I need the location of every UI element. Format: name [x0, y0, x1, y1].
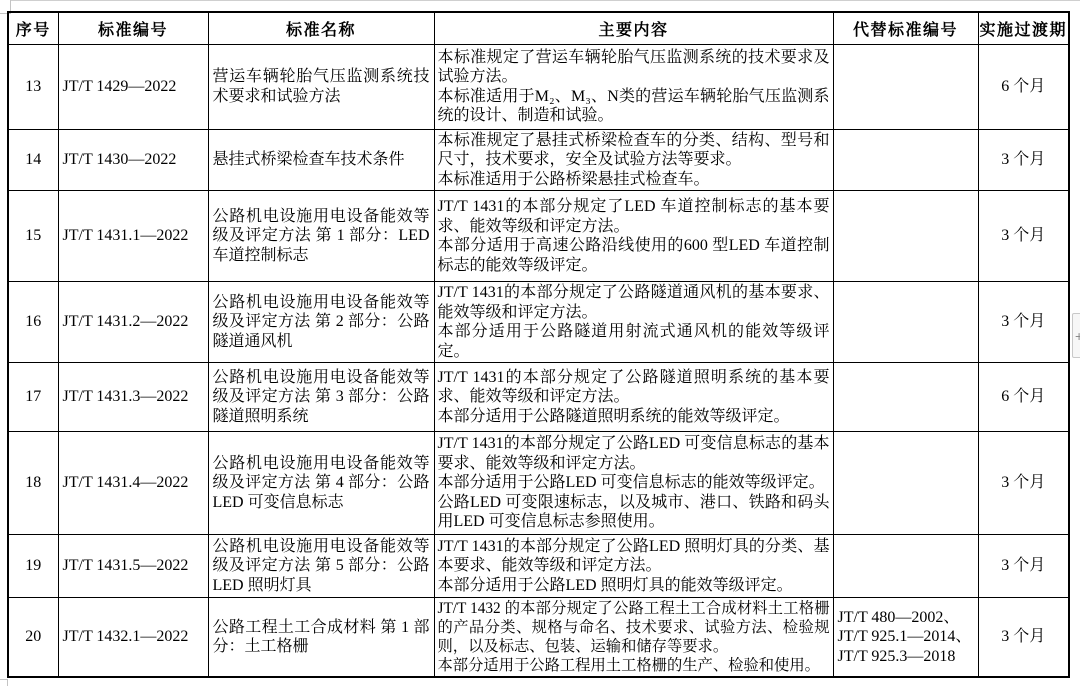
column-header-3: 主要内容 — [434, 12, 833, 44]
content-paragraph: 本标准规定了悬挂式桥梁检查车的分类、结构、型号和尺寸，技术要求，安全及试验方法等… — [438, 131, 830, 170]
cell-transition-period: 6 个月 — [978, 44, 1069, 129]
cell-main-content: JT/T 1431的本部分规定了LED 车道控制标志的基本要求、能效等级和评定方… — [434, 191, 833, 282]
content-paragraph: 本标准适用于公路桥梁悬挂式检查车。 — [438, 170, 830, 190]
cell-replaced-codes — [833, 191, 978, 282]
cell-replaced-codes — [833, 363, 978, 432]
table-row: 13JT/T 1429—2022营运车辆轮胎气压监测系统技术要求和试验方法本标准… — [8, 44, 1069, 129]
cell-replaced-codes — [833, 44, 978, 129]
content-paragraph: 公路LED 可变限速标志，以及城市、港口、铁路和码头用LED 可变信息标志参照使… — [438, 493, 830, 532]
cell-serial-number: 17 — [8, 363, 58, 432]
content-paragraph: JT/T 1431的本部分规定了公路LED 照明灯具的分类、基本要求、能效等级和… — [438, 537, 830, 576]
cell-replaced-codes — [833, 535, 978, 598]
cell-standard-name: 公路机电设施用电设备能效等级及评定方法 第 2 部分：公路隧道通风机 — [208, 282, 434, 363]
cell-serial-number: 15 — [8, 191, 58, 282]
cell-standard-code: JT/T 1429—2022 — [58, 44, 208, 129]
cell-main-content: JT/T 1431的本部分规定了公路LED 照明灯具的分类、基本要求、能效等级和… — [434, 535, 833, 598]
header-row: 序号标准编号标准名称主要内容代替标准编号实施过渡期 — [8, 12, 1069, 44]
cell-standard-code: JT/T 1431.3—2022 — [58, 363, 208, 432]
content-paragraph: JT/T 1432 的本部分规定了公路工程土工合成材料土工格栅的产品分类、规格与… — [438, 599, 830, 656]
cell-standard-name: 营运车辆轮胎气压监测系统技术要求和试验方法 — [208, 44, 434, 129]
column-header-0: 序号 — [8, 12, 58, 44]
cell-serial-number: 20 — [8, 598, 58, 678]
column-header-4: 代替标准编号 — [833, 12, 978, 44]
content-paragraph: JT/T 1431的本部分规定了公路LED 可变信息标志的基本要求、能效等级和评… — [438, 434, 830, 473]
cell-serial-number: 16 — [8, 282, 58, 363]
page-cut-edge-line — [10, 0, 1080, 1]
content-paragraph: 本标准规定了营运车辆轮胎气压监测系统的技术要求及试验方法。 — [438, 48, 830, 87]
cell-standard-code: JT/T 1431.5—2022 — [58, 535, 208, 598]
cell-main-content: 本标准规定了营运车辆轮胎气压监测系统的技术要求及试验方法。本标准适用于M₂、M₃… — [434, 44, 833, 129]
cell-standard-name: 悬挂式桥梁检查车技术条件 — [208, 129, 434, 191]
cell-standard-code: JT/T 1431.4—2022 — [58, 432, 208, 535]
replaced-code-line: JT/T 925.3—2018 — [838, 647, 976, 667]
table-row: 19JT/T 1431.5—2022公路机电设施用电设备能效等级及评定方法 第 … — [8, 535, 1069, 598]
table-row: 20JT/T 1432.1—2022公路工程土工合成材料 第 1 部分：土工格栅… — [8, 598, 1069, 678]
cell-main-content: JT/T 1431的本部分规定了公路LED 可变信息标志的基本要求、能效等级和评… — [434, 432, 833, 535]
content-paragraph: 本标准适用于M₂、M₃、N类的营运车辆轮胎气压监测系统的设计、制造和试验。 — [438, 87, 830, 126]
table-row: 17JT/T 1431.3—2022公路机电设施用电设备能效等级及评定方法 第 … — [8, 363, 1069, 432]
cell-replaced-codes — [833, 432, 978, 535]
cell-main-content: JT/T 1431的本部分规定了公路隧道照明系统的基本要求、能效等级和评定方法。… — [434, 363, 833, 432]
table-row: 16JT/T 1431.2—2022公路机电设施用电设备能效等级及评定方法 第 … — [8, 282, 1069, 363]
content-paragraph: 本部分适用于公路LED 照明灯具的能效等级评定。 — [438, 576, 830, 596]
content-paragraph: 本部分适用于公路LED 可变信息标志的能效等级评定。 — [438, 473, 830, 493]
cell-standard-name: 公路工程土工合成材料 第 1 部分：土工格栅 — [208, 598, 434, 678]
cell-main-content: JT/T 1431的本部分规定了公路隧道通风机的基本要求、能效等级和评定方法。本… — [434, 282, 833, 363]
cell-transition-period: 3 个月 — [978, 598, 1069, 678]
cell-standard-code: JT/T 1432.1—2022 — [58, 598, 208, 678]
column-header-5: 实施过渡期 — [978, 12, 1069, 44]
cell-standard-name: 公路机电设施用电设备能效等级及评定方法 第 1 部分：LED 车道控制标志 — [208, 191, 434, 282]
cell-serial-number: 19 — [8, 535, 58, 598]
standards-table: 序号标准编号标准名称主要内容代替标准编号实施过渡期 13JT/T 1429—20… — [7, 11, 1070, 678]
cell-standard-code: JT/T 1430—2022 — [58, 129, 208, 191]
cell-transition-period: 6 个月 — [978, 363, 1069, 432]
cell-standard-name: 公路机电设施用电设备能效等级及评定方法 第 5 部分：公路LED 照明灯具 — [208, 535, 434, 598]
cell-serial-number: 13 — [8, 44, 58, 129]
cell-replaced-codes: JT/T 480—2002、JT/T 925.1—2014、JT/T 925.3… — [833, 598, 978, 678]
cell-serial-number: 18 — [8, 432, 58, 535]
cell-standard-code: JT/T 1431.2—2022 — [58, 282, 208, 363]
content-paragraph: JT/T 1431的本部分规定了公路隧道通风机的基本要求、能效等级和评定方法。 — [438, 283, 830, 322]
content-paragraph: 本部分适用于公路隧道用射流式通风机的能效等级评定。 — [438, 322, 830, 361]
cell-main-content: 本标准规定了悬挂式桥梁检查车的分类、结构、型号和尺寸，技术要求，安全及试验方法等… — [434, 129, 833, 191]
table-resize-plus-handle[interactable]: + — [1072, 313, 1080, 358]
cell-standard-name: 公路机电设施用电设备能效等级及评定方法 第 3 部分：公路隧道照明系统 — [208, 363, 434, 432]
content-paragraph: JT/T 1431的本部分规定了LED 车道控制标志的基本要求、能效等级和评定方… — [438, 197, 830, 236]
content-paragraph: 本部分适用于公路隧道照明系统的能效等级评定。 — [438, 407, 830, 427]
table-row: 18JT/T 1431.4—2022公路机电设施用电设备能效等级及评定方法 第 … — [8, 432, 1069, 535]
cell-replaced-codes — [833, 282, 978, 363]
cell-main-content: JT/T 1432 的本部分规定了公路工程土工合成材料土工格栅的产品分类、规格与… — [434, 598, 833, 678]
content-paragraph: 本部分适用于高速公路沿线使用的600 型LED 车道控制标志的能效等级评定。 — [438, 236, 830, 275]
table-row: 15JT/T 1431.1—2022公路机电设施用电设备能效等级及评定方法 第 … — [8, 191, 1069, 282]
column-header-2: 标准名称 — [208, 12, 434, 44]
cell-serial-number: 14 — [8, 129, 58, 191]
cutoff-cell-fragment-bottom-left — [0, 679, 8, 686]
cell-replaced-codes — [833, 129, 978, 191]
cell-transition-period: 3 个月 — [978, 282, 1069, 363]
content-paragraph: JT/T 1431的本部分规定了公路隧道照明系统的基本要求、能效等级和评定方法。 — [438, 368, 830, 407]
column-header-1: 标准编号 — [58, 12, 208, 44]
cell-transition-period: 3 个月 — [978, 535, 1069, 598]
cell-transition-period: 3 个月 — [978, 432, 1069, 535]
content-paragraph: 本部分适用于公路工程用土工格栅的生产、检验和使用。 — [438, 656, 830, 675]
cell-transition-period: 3 个月 — [978, 191, 1069, 282]
cell-standard-code: JT/T 1431.1—2022 — [58, 191, 208, 282]
replaced-code-line: JT/T 480—2002、 — [838, 608, 976, 628]
table-row: 14JT/T 1430—2022悬挂式桥梁检查车技术条件本标准规定了悬挂式桥梁检… — [8, 129, 1069, 191]
cell-transition-period: 3 个月 — [978, 129, 1069, 191]
replaced-code-line: JT/T 925.1—2014、 — [838, 627, 976, 647]
cell-standard-name: 公路机电设施用电设备能效等级及评定方法 第 4 部分：公路LED 可变信息标志 — [208, 432, 434, 535]
